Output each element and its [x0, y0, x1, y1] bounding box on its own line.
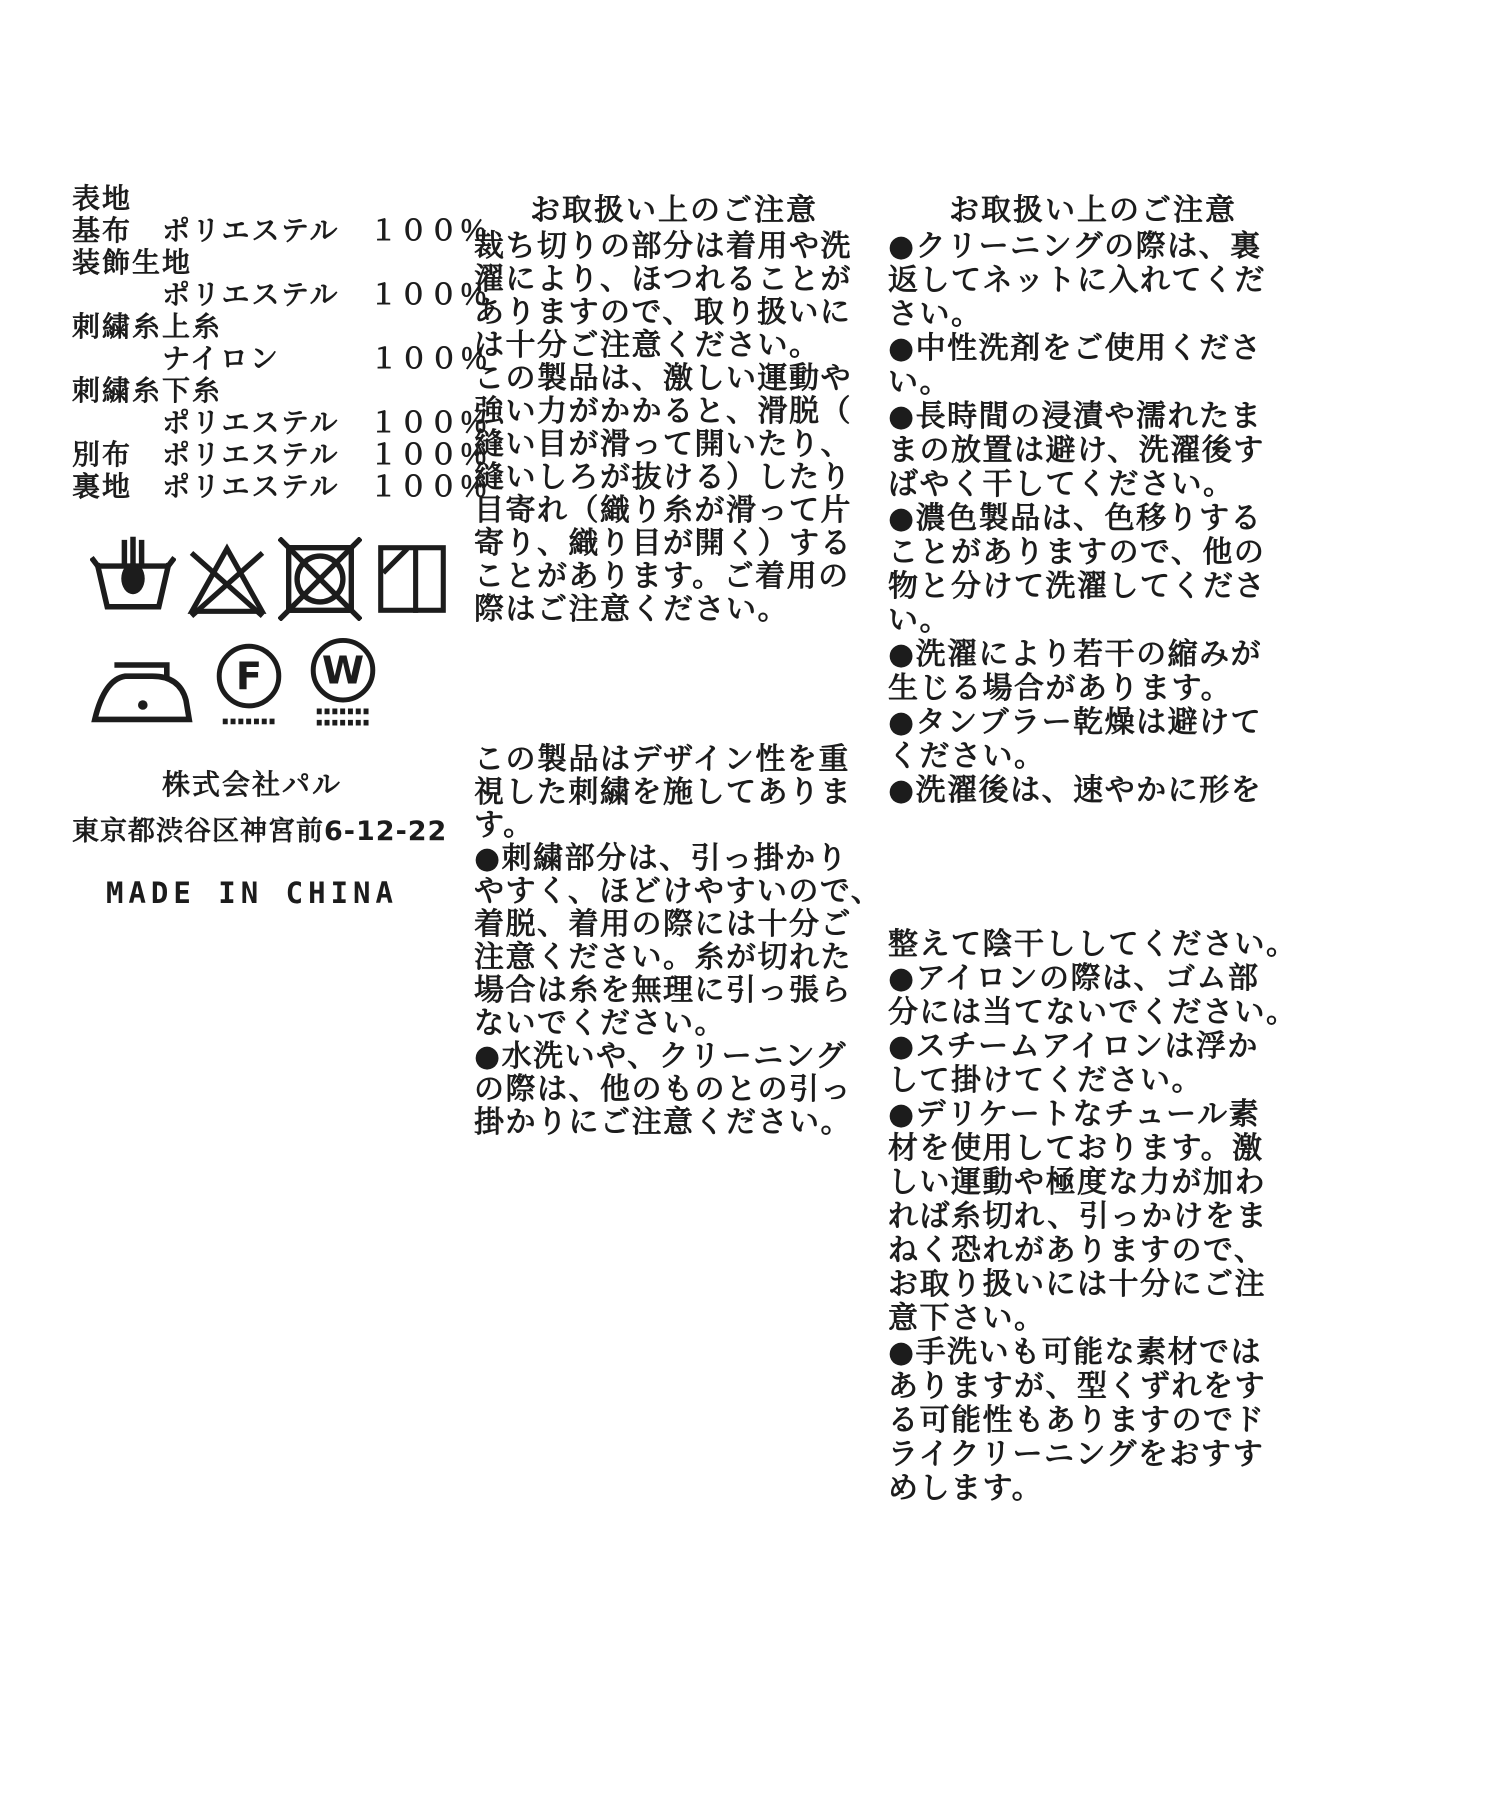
care-line: まの放置は避け、洗濯後す: [888, 434, 1298, 468]
care-symbols-row-2: F W: [90, 635, 484, 731]
care-line: 際はご注意ください。: [474, 593, 874, 626]
iron-low-icon: [90, 647, 194, 731]
spacer: [888, 808, 1298, 926]
care-line: ●デリケートなチュール素: [888, 1098, 1298, 1132]
care-line: ●スチームアイロンは浮か: [888, 1030, 1298, 1064]
care-line: ●アイロンの際は、ゴム部: [888, 962, 1298, 996]
care-line: す。: [474, 809, 874, 842]
care-line: ●濃色製品は、色移りする: [888, 502, 1298, 536]
care-paragraph-embroidery: この製品はデザイン性を重視した刺繍を施してあります。●刺繍部分は、引っ掛かりやす…: [474, 743, 874, 1139]
composition-list: 表地基布 ポリエステル １００％装飾生地 ポリエステル １００％刺繍糸上糸 ナイ…: [72, 183, 484, 503]
care-line: 縫いしろが抜ける）したり: [474, 461, 874, 494]
care-line: 生じる場合があります。: [888, 672, 1298, 706]
care-line: 返してネットに入れてくだ: [888, 264, 1298, 298]
care-line: この製品は、激しい運動や: [474, 362, 874, 395]
care-title-right: お取扱い上のご注意: [888, 194, 1298, 228]
care-line: い。: [888, 604, 1298, 638]
do-not-bleach-icon: [186, 539, 268, 621]
care-line: やすく、ほどけやすいので、: [474, 875, 874, 908]
care-notes-column-1: お取扱い上のご注意 裁ち切りの部分は着用や洗濯により、ほつれることがありますので…: [474, 194, 874, 1139]
care-line: ライクリーニングをおすす: [888, 1438, 1298, 1472]
care-line: ●洗濯により若干の縮みが: [888, 638, 1298, 672]
care-bullets-drying-ironing: 整えて陰干ししてください。●アイロンの際は、ゴム部分には当てないでください。●ス…: [888, 928, 1298, 1506]
care-line: ばやく干してください。: [888, 468, 1298, 502]
wet-clean-w-icon: W: [304, 635, 382, 731]
care-line: ●中性洗剤をご使用くださ: [888, 332, 1298, 366]
care-line: ねく恐れがありますので、: [888, 1234, 1298, 1268]
care-line: 濯により、ほつれることが: [474, 263, 874, 296]
country-of-origin: MADE IN CHINA: [72, 876, 432, 910]
company-block: 株式会社パル 東京都渋谷区神宮前6-12-22 MADE IN CHINA: [72, 763, 432, 910]
dry-clean-f-icon: F: [210, 641, 288, 731]
company-name: 株式会社パル: [72, 763, 432, 803]
svg-text:W: W: [322, 649, 364, 694]
care-line: 着脱、着用の際には十分ご: [474, 908, 874, 941]
composition-line: 刺繍糸下糸: [72, 375, 484, 407]
care-line: 場合は糸を無理に引っ張ら: [474, 974, 874, 1007]
svg-text:F: F: [236, 655, 262, 700]
care-line: さい。: [888, 298, 1298, 332]
care-line: 整えて陰干ししてください。: [888, 928, 1298, 962]
care-line: 強い力がかかると、滑脱（: [474, 395, 874, 428]
care-line: 裁ち切りの部分は着用や洗: [474, 230, 874, 263]
care-line: は十分ご注意ください。: [474, 329, 874, 362]
care-line: ことがありますので、他の: [888, 536, 1298, 570]
composition-line: ポリエステル １００％: [72, 407, 484, 439]
care-line: 視した刺繍を施してありま: [474, 776, 874, 809]
care-line: ●長時間の浸漬や濡れたま: [888, 400, 1298, 434]
care-line: 寄り、織り目が開く）する: [474, 527, 874, 560]
composition-line: 裏地 ポリエステル １００％: [72, 471, 484, 503]
care-line: めします。: [888, 1472, 1298, 1506]
care-line: る可能性もありますのでド: [888, 1404, 1298, 1438]
do-not-tumble-dry-icon: [278, 537, 362, 621]
composition-column: 表地基布 ポリエステル １００％装飾生地 ポリエステル １００％刺繍糸上糸 ナイ…: [72, 183, 484, 910]
care-paragraph-fraying: 裁ち切りの部分は着用や洗濯により、ほつれることがありますので、取り扱いには十分ご…: [474, 230, 874, 626]
composition-line: 基布 ポリエステル １００％: [72, 215, 484, 247]
care-line: ●クリーニングの際は、裏: [888, 230, 1298, 264]
care-line: ●洗濯後は、速やかに形を: [888, 774, 1298, 808]
care-line: 物と分けて洗濯してくださ: [888, 570, 1298, 604]
care-line: ないでください。: [474, 1007, 874, 1040]
composition-line: ナイロン １００％: [72, 343, 484, 375]
care-line: 注意ください。糸が切れた: [474, 941, 874, 974]
care-line: ことがあります。ご着用の: [474, 560, 874, 593]
care-bullets-washing: ●クリーニングの際は、裏返してネットに入れてください。●中性洗剤をご使用ください…: [888, 230, 1298, 808]
care-line: この製品はデザイン性を重: [474, 743, 874, 776]
care-line: 分には当てないでください。: [888, 996, 1298, 1030]
care-line: ●刺繍部分は、引っ掛かり: [474, 842, 874, 875]
composition-line: 表地: [72, 183, 484, 215]
care-line: 意下さい。: [888, 1302, 1298, 1336]
care-line: 縫い目が滑って開いたり、: [474, 428, 874, 461]
composition-line: 別布 ポリエステル １００％: [72, 439, 484, 471]
care-line: 掛かりにご注意ください。: [474, 1106, 874, 1139]
care-label-scan: 表地基布 ポリエステル １００％装飾生地 ポリエステル １００％刺繍糸上糸 ナイ…: [0, 0, 1500, 1800]
care-line: 材を使用しております。激: [888, 1132, 1298, 1166]
care-line: れば糸切れ、引っかけをま: [888, 1200, 1298, 1234]
care-line: ●手洗いも可能な素材では: [888, 1336, 1298, 1370]
care-line: の際は、他のものとの引っ: [474, 1073, 874, 1106]
care-line: 目寄れ（織り糸が滑って片: [474, 494, 874, 527]
hand-wash-icon: [90, 533, 176, 621]
care-line: い。: [888, 366, 1298, 400]
care-line: して掛けてください。: [888, 1064, 1298, 1098]
care-notes-column-2: お取扱い上のご注意 ●クリーニングの際は、裏返してネットに入れてください。●中性…: [888, 194, 1298, 1506]
care-symbols-row-1: [90, 529, 484, 621]
care-line: ください。: [888, 740, 1298, 774]
care-line: ありますので、取り扱いに: [474, 296, 874, 329]
care-line: お取り扱いには十分にご注: [888, 1268, 1298, 1302]
composition-line: 装飾生地: [72, 247, 484, 279]
company-address: 東京都渋谷区神宮前6-12-22: [72, 809, 432, 848]
care-line: ●水洗いや、クリーニング: [474, 1040, 874, 1073]
care-line: ありますが、型くずれをす: [888, 1370, 1298, 1404]
care-title-middle: お取扱い上のご注意: [474, 194, 874, 228]
composition-line: 刺繍糸上糸: [72, 311, 484, 343]
care-line: ●タンブラー乾燥は避けて: [888, 706, 1298, 740]
composition-line: ポリエステル １００％: [72, 279, 484, 311]
spacer: [474, 626, 874, 741]
line-dry-in-shade-icon: [372, 537, 452, 621]
care-line: しい運動や極度な力が加わ: [888, 1166, 1298, 1200]
